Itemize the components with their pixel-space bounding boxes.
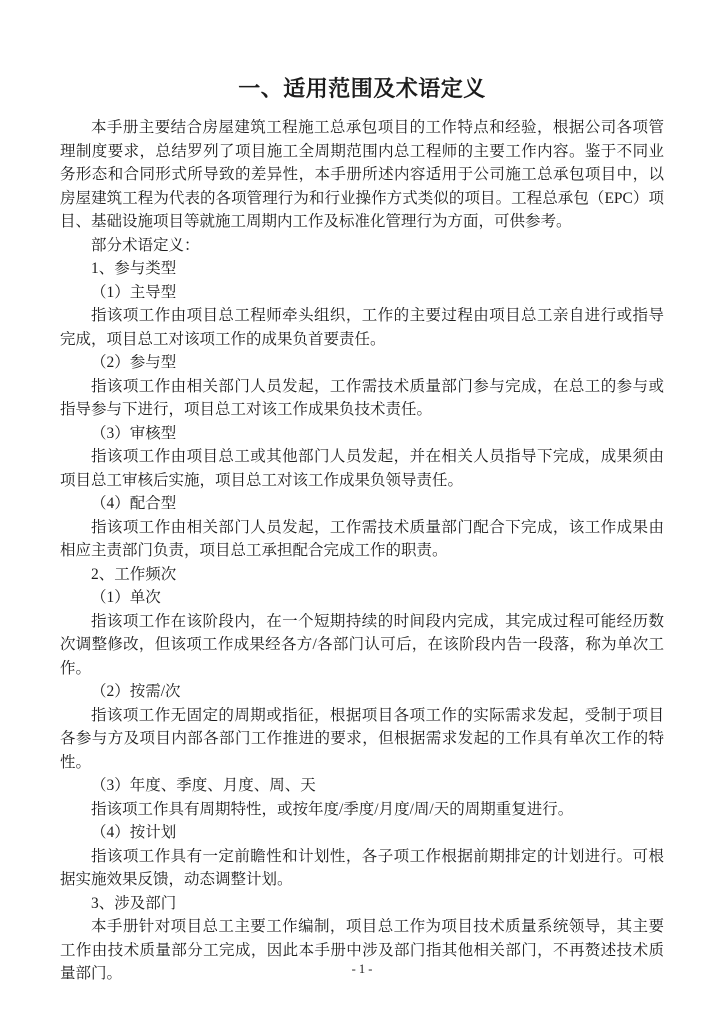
paragraph: 指该项工作由项目总工程师牵头组织，工作的主要过程由项目总工亲自进行或指导完成，项…: [60, 304, 664, 351]
paragraph: 指该项工作具有一定前瞻性和计划性，各子项工作根据前期排定的计划进行。可根据实施效…: [60, 845, 664, 892]
paragraph: （4）按计划: [60, 821, 664, 845]
paragraph: （1）单次: [60, 586, 664, 610]
paragraph: （1）主导型: [60, 281, 664, 305]
paragraph: 指该项工作由相关部门人员发起，工作需技术质量部门参与完成，在总工的参与或指导参与…: [60, 375, 664, 422]
paragraph: （3）年度、季度、月度、周、天: [60, 774, 664, 798]
document-body: 本手册主要结合房屋建筑工程施工总承包项目的工作特点和经验，根据公司各项管理制度要…: [60, 116, 664, 986]
paragraph: 2、工作频次: [60, 563, 664, 587]
paragraph: 指该项工作无固定的周期或指征，根据项目各项工作的实际需求发起，受制于项目各参与方…: [60, 704, 664, 775]
paragraph: 指该项工作由相关部门人员发起，工作需技术质量部门配合下完成，该工作成果由相应主责…: [60, 516, 664, 563]
page-footer: - 1 -: [0, 962, 724, 977]
paragraph: 指该项工作具有周期特性，或按年度/季度/月度/周/天的周期重复进行。: [60, 798, 664, 822]
paragraph: 3、涉及部门: [60, 892, 664, 916]
page-title: 一、适用范围及术语定义: [0, 74, 724, 104]
paragraph: （3）审核型: [60, 422, 664, 446]
paragraph: 指该项工作由项目总工或其他部门人员发起，并在相关人员指导下完成，成果须由项目总工…: [60, 445, 664, 492]
paragraph: 本手册主要结合房屋建筑工程施工总承包项目的工作特点和经验，根据公司各项管理制度要…: [60, 116, 664, 234]
page-number: - 1 -: [352, 962, 373, 976]
paragraph: （2）参与型: [60, 351, 664, 375]
paragraph: （4）配合型: [60, 492, 664, 516]
paragraph: 部分术语定义：: [60, 234, 664, 258]
paragraph: （2）按需/次: [60, 680, 664, 704]
document-page: 一、适用范围及术语定义 本手册主要结合房屋建筑工程施工总承包项目的工作特点和经验…: [0, 0, 724, 1024]
paragraph: 1、参与类型: [60, 257, 664, 281]
paragraph: 指该项工作在该阶段内，在一个短期持续的时间段内完成，其完成过程可能经历数次调整修…: [60, 610, 664, 681]
